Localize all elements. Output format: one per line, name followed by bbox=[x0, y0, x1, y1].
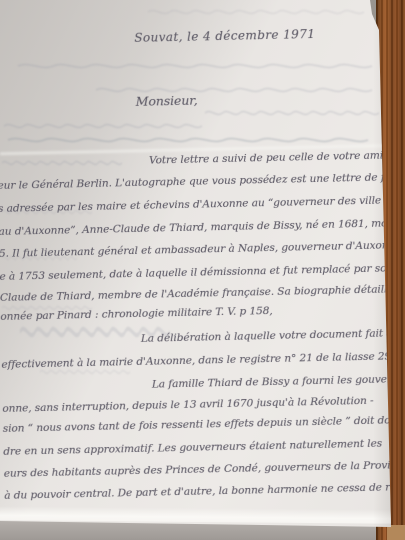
letter-line: eurs des habitants auprès des Princes de… bbox=[4, 458, 405, 481]
letter-line: onne, sans interruption, depuis le 13 av… bbox=[2, 394, 373, 416]
letter-text: Souvat, le 4 décembre 1971 Monsieur, Vot… bbox=[0, 0, 405, 540]
letter-line: Votre lettre a suivi de peu celle de vot… bbox=[149, 148, 387, 167]
letter-line: La famille Thiard de Bissy a fourni les … bbox=[152, 372, 405, 392]
letter-line: s adressée par les maire et échevins d'A… bbox=[0, 193, 395, 216]
wood-edge-bottom bbox=[387, 525, 405, 540]
letter-line: La délibération à laquelle votre documen… bbox=[141, 325, 405, 345]
letter-line: à du pouvoir central. De part et d'autre… bbox=[4, 480, 405, 503]
letter-line: 5. Il fut lieutenant général et ambassad… bbox=[0, 238, 401, 261]
photo-scene: Souvat, le 4 décembre 1971 Monsieur, Vot… bbox=[0, 0, 405, 540]
letter-salutation: Monsieur, bbox=[136, 94, 198, 109]
letter-line: dre en un sens approximatif. Les gouvern… bbox=[3, 437, 382, 459]
letter-line: e à 1753 seulement, date à laquelle il d… bbox=[0, 261, 393, 284]
letter-dateline: Souvat, le 4 décembre 1971 bbox=[134, 27, 315, 45]
letter-page: Souvat, le 4 décembre 1971 Monsieur, Vot… bbox=[0, 0, 405, 540]
letter-line: eur le Général Berlin. L'autographe que … bbox=[0, 170, 405, 193]
letter-line: onnée par Pinard : chronologie militaire… bbox=[0, 304, 273, 324]
letter-line: Claude de Thiard, membre de l'Académie f… bbox=[0, 282, 400, 305]
letter-line: effectivement à la mairie d'Auxonne, dan… bbox=[1, 349, 405, 372]
letter-line: au d'Auxonne”, Anne-Claude de Thiard, ma… bbox=[0, 216, 397, 239]
letter-line: sion “ nous avons tant de fois ressenti … bbox=[3, 413, 404, 436]
